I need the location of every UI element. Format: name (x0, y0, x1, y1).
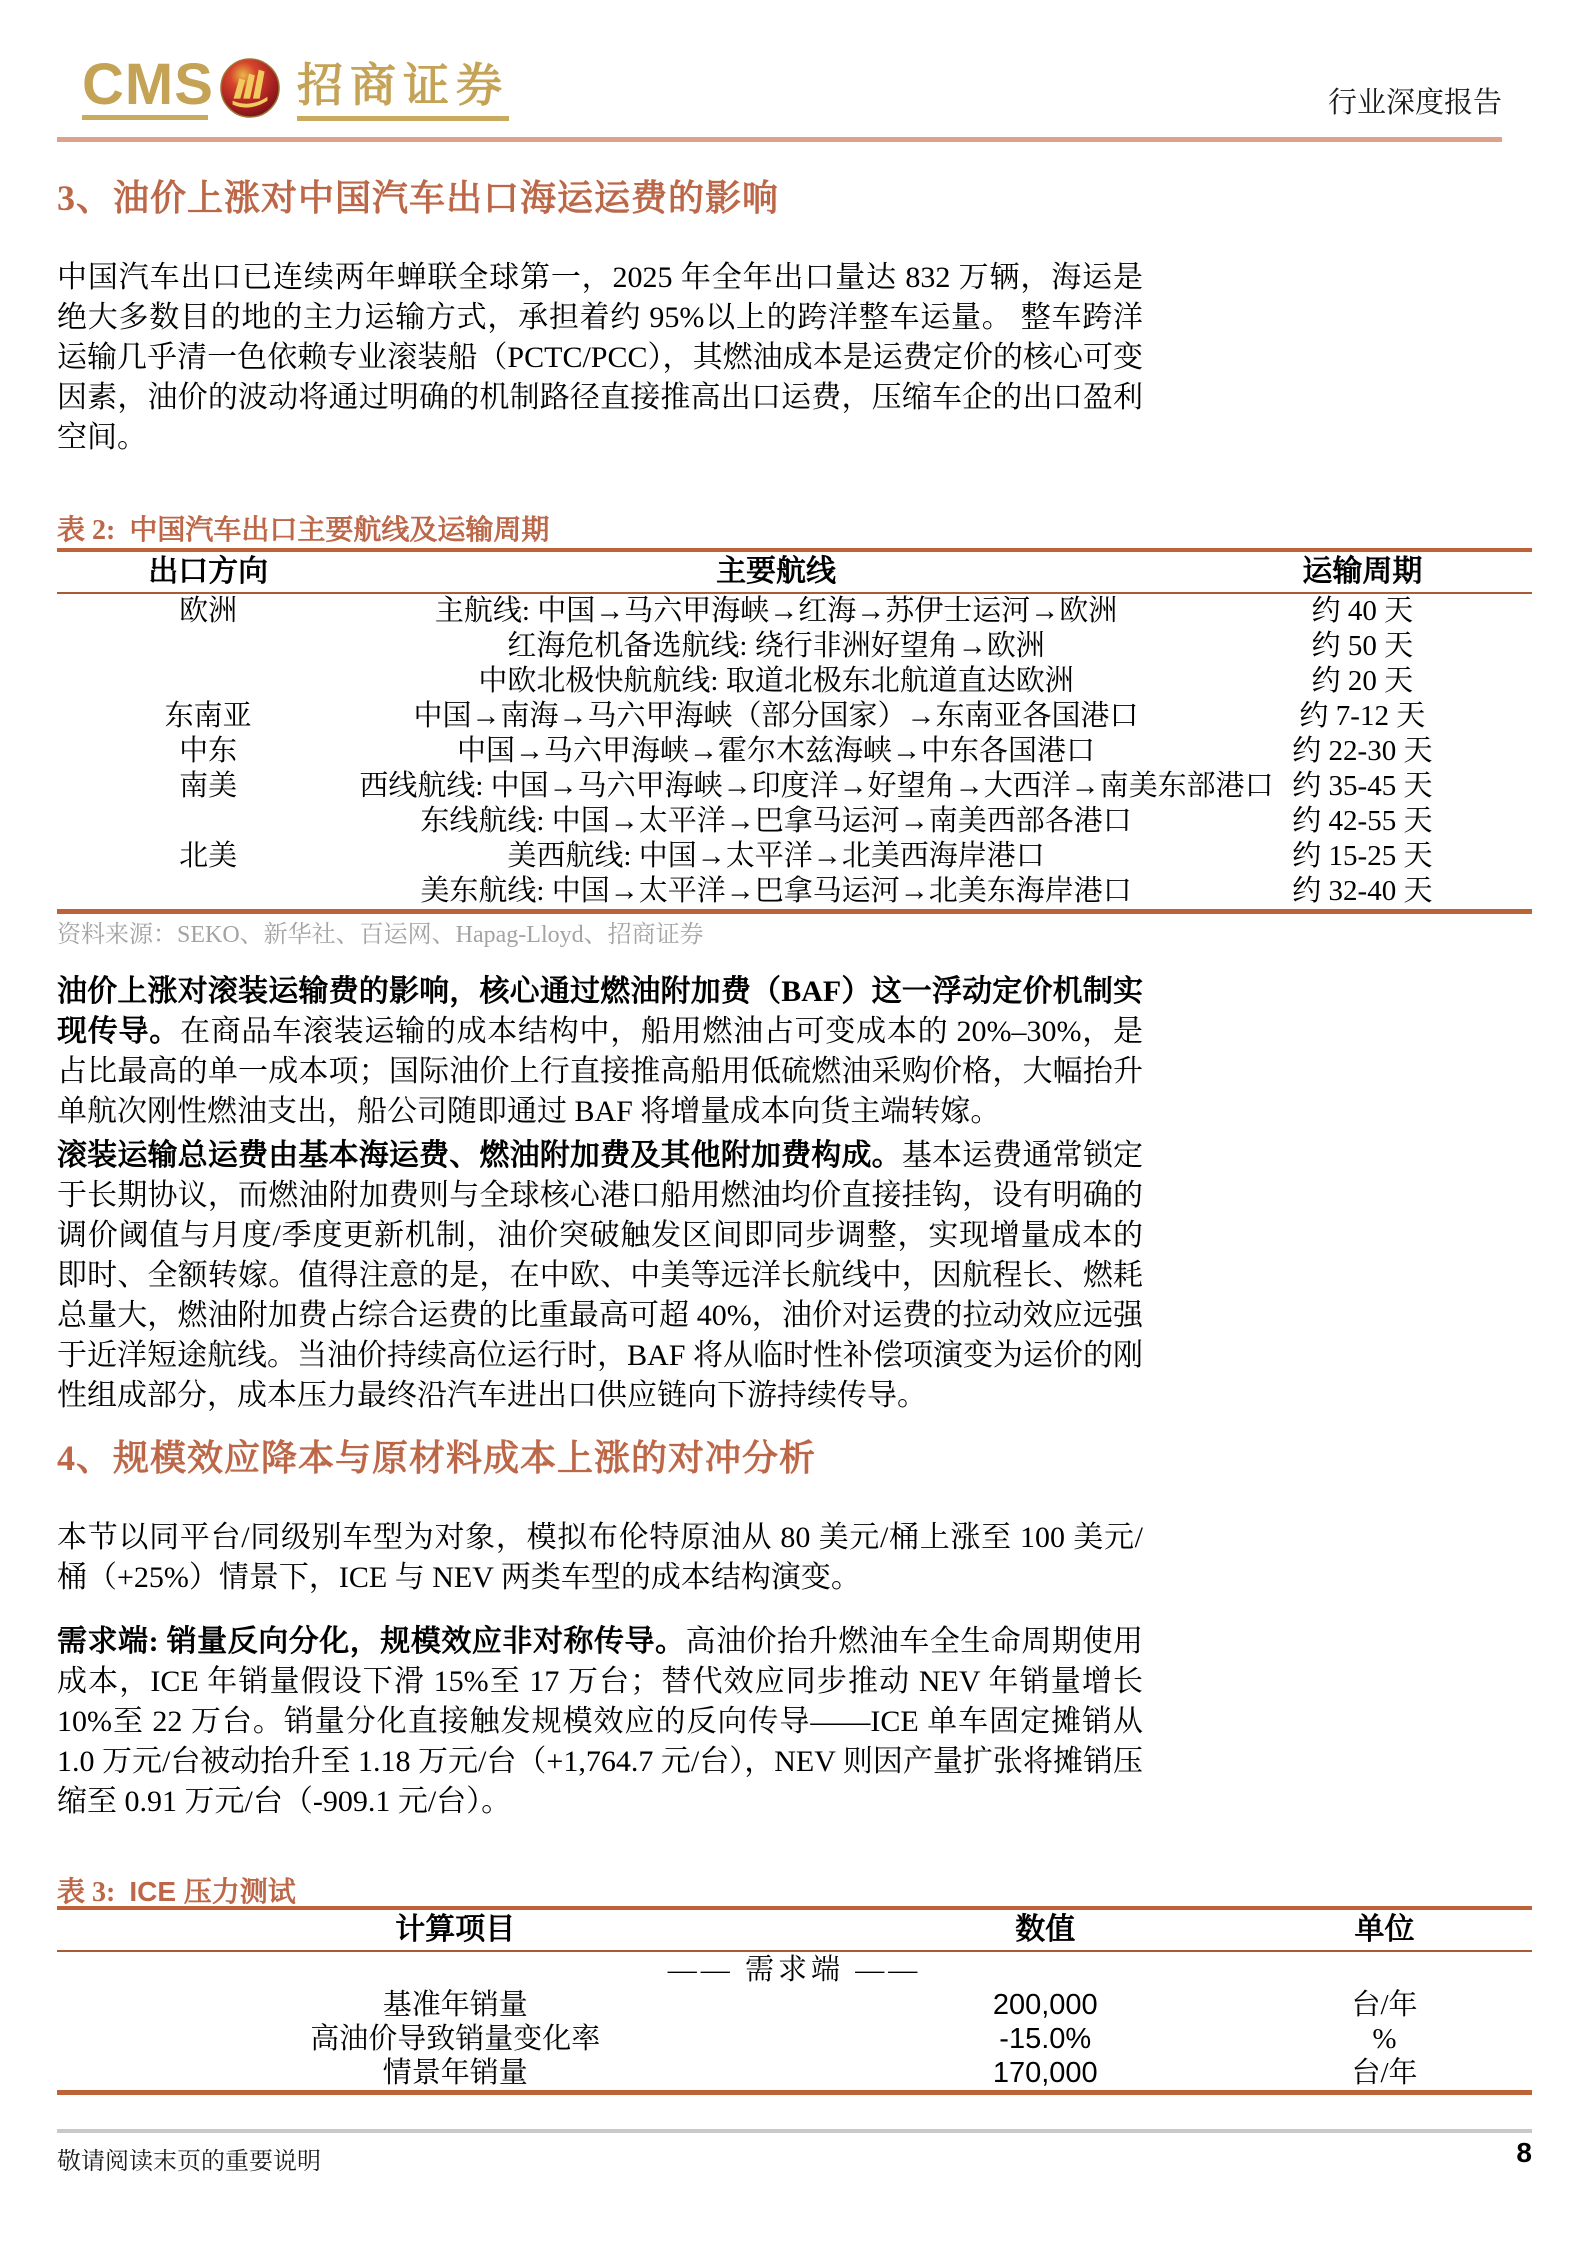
column-header: 运输周期 (1193, 552, 1532, 592)
section-4-heading: 4、规模效应降本与原材料成本上涨的对冲分析 (57, 1430, 1257, 1481)
table-2-caption-label: 表 2: (57, 515, 115, 546)
paragraph-lead: 需求端: 销量反向分化，规模效应非对称传导。 (57, 1625, 686, 1658)
period-cell: 约 35-45 天 (1193, 769, 1532, 804)
cms-logo-icon (219, 57, 281, 119)
section-3-paragraph-2: 油价上涨对滚装运输费的影响，核心通过燃油附加费（BAF）这一浮动定价机制实现传导… (57, 972, 1143, 1132)
direction-cell (57, 629, 359, 664)
table-row: 欧洲 主航线: 中国→马六甲海峡→红海→苏伊士运河→欧洲 约 40 天 (57, 594, 1532, 629)
table-row: 红海危机备选航线: 绕行非洲好望角→欧洲 约 50 天 (57, 629, 1532, 664)
section-3-heading: 3、油价上涨对中国汽车出口海运运费的影响 (57, 170, 1257, 221)
route-cell: 美西航线: 中国→太平洋→北美西海岸港口 (359, 839, 1192, 874)
paragraph-body: 基本运费通常锁定于长期协议，而燃油附加费则与全球核心港口船用燃油均价直接挂钩，设… (57, 1139, 1143, 1412)
table-3-caption-label: 表 3: (57, 1877, 115, 1908)
column-header: 数值 (854, 1910, 1238, 1950)
header-rule (57, 137, 1502, 142)
brand-cn-name: 招商证券 (297, 60, 509, 112)
item-cell: 基准年销量 (57, 1988, 854, 2022)
value-cell: 170,000 (854, 2056, 1238, 2090)
direction-cell (57, 804, 359, 839)
period-cell: 约 22-30 天 (1193, 734, 1532, 769)
footer-rule (57, 2129, 1532, 2133)
table-row: 东线航线: 中国→太平洋→巴拿马运河→南美西部各港口 约 42-55 天 (57, 804, 1532, 839)
column-header: 主要航线 (359, 552, 1192, 592)
direction-cell: 南美 (57, 769, 359, 804)
item-cell: 高油价导致销量变化率 (57, 2022, 854, 2056)
period-cell: 约 40 天 (1193, 594, 1532, 629)
table-3-caption-text: ICE 压力测试 (129, 1876, 295, 1907)
cms-wordmark: CMS (82, 56, 214, 114)
item-cell: 情景年销量 (57, 2056, 854, 2090)
cms-underline (82, 115, 208, 120)
report-page: CMS 招商证券 行业深度报告 3、油价上涨对中国汽车出口海运运费的影响 中国汽… (0, 0, 1588, 2245)
route-cell: 东线航线: 中国→太平洋→巴拿马运河→南美西部各港口 (359, 804, 1192, 839)
table-3: 计算项目 数值 单位 —— 需求端 —— 基准年销量 200,000 台/年 高… (57, 1906, 1532, 2095)
table-row: 中东 中国→马六甲海峡→霍尔木兹海峡→中东各国港口 约 22-30 天 (57, 734, 1532, 769)
table-row: 美东航线: 中国→太平洋→巴拿马运河→北美东海岸港口 约 32-40 天 (57, 874, 1532, 909)
period-cell: 约 32-40 天 (1193, 874, 1532, 909)
route-cell: 中国→南海→马六甲海峡（部分国家）→东南亚各国港口 (359, 699, 1192, 734)
table-2-header-row: 出口方向 主要航线 运输周期 (57, 552, 1532, 594)
route-cell: 红海危机备选航线: 绕行非洲好望角→欧洲 (359, 629, 1192, 664)
page-number: 8 (1480, 2137, 1532, 2169)
unit-cell: 台/年 (1237, 1988, 1532, 2022)
column-header: 出口方向 (57, 552, 359, 592)
table-2-caption-text: 中国汽车出口主要航线及运输周期 (129, 515, 549, 546)
section-4-paragraph-1: 本节以同平台/同级别车型为对象，模拟布伦特原油从 80 美元/桶上涨至 100 … (57, 1518, 1143, 1598)
table-2-caption: 表 2:中国汽车出口主要航线及运输周期 (57, 508, 549, 548)
footer-note: 敬请阅读末页的重要说明 (57, 2141, 321, 2176)
paragraph-body: 在商品车滚装运输的成本结构中，船用燃油占可变成本的 20%–30%，是占比最高的… (57, 1015, 1143, 1128)
table-2-source: 资料来源：SEKO、新华社、百运网、Hapag-Lloyd、招商证券 (57, 914, 704, 949)
route-cell: 主航线: 中国→马六甲海峡→红海→苏伊士运河→欧洲 (359, 594, 1192, 629)
paragraph-lead: 滚装运输总运费由基本海运费、燃油附加费及其他附加费构成。 (57, 1139, 902, 1172)
route-cell: 中欧北极快航航线: 取道北极东北航道直达欧洲 (359, 664, 1192, 699)
column-header: 单位 (1237, 1910, 1532, 1950)
unit-cell: % (1237, 2022, 1532, 2056)
direction-cell: 北美 (57, 839, 359, 874)
value-cell: 200,000 (854, 1988, 1238, 2022)
direction-cell (57, 664, 359, 699)
direction-cell: 欧洲 (57, 594, 359, 629)
brand-cn-underline (297, 116, 509, 121)
table-2: 出口方向 主要航线 运输周期 欧洲 主航线: 中国→马六甲海峡→红海→苏伊士运河… (57, 548, 1532, 914)
section-3-paragraph-3: 滚装运输总运费由基本海运费、燃油附加费及其他附加费构成。基本运费通常锁定于长期协… (57, 1136, 1143, 1416)
table-row: 基准年销量 200,000 台/年 (57, 1988, 1532, 2022)
table-3-section-row: —— 需求端 —— (57, 1952, 1532, 1988)
report-type-label: 行业深度报告 (1328, 86, 1502, 120)
unit-cell: 台/年 (1237, 2056, 1532, 2090)
period-cell: 约 15-25 天 (1193, 839, 1532, 874)
route-cell: 西线航线: 中国→马六甲海峡→印度洋→好望角→大西洋→南美东部港口 (359, 769, 1192, 804)
period-cell: 约 50 天 (1193, 629, 1532, 664)
table-row: 中欧北极快航航线: 取道北极东北航道直达欧洲 约 20 天 (57, 664, 1532, 699)
table-row: 南美 西线航线: 中国→马六甲海峡→印度洋→好望角→大西洋→南美东部港口 约 3… (57, 769, 1532, 804)
section-4-paragraph-2: 需求端: 销量反向分化，规模效应非对称传导。高油价抬升燃油车全生命周期使用成本，… (57, 1622, 1143, 1822)
direction-cell (57, 874, 359, 909)
column-header: 计算项目 (57, 1910, 854, 1950)
period-cell: 约 7-12 天 (1193, 699, 1532, 734)
direction-cell: 东南亚 (57, 699, 359, 734)
route-cell: 美东航线: 中国→太平洋→巴拿马运河→北美东海岸港口 (359, 874, 1192, 909)
route-cell: 中国→马六甲海峡→霍尔木兹海峡→中东各国港口 (359, 734, 1192, 769)
table-row: 高油价导致销量变化率 -15.0% % (57, 2022, 1532, 2056)
table-row: 情景年销量 170,000 台/年 (57, 2056, 1532, 2090)
section-3-paragraph-1: 中国汽车出口已连续两年蝉联全球第一，2025 年全年出口量达 832 万辆，海运… (57, 258, 1143, 458)
table-row: 东南亚 中国→南海→马六甲海峡（部分国家）→东南亚各国港口 约 7-12 天 (57, 699, 1532, 734)
period-cell: 约 20 天 (1193, 664, 1532, 699)
table-row: 北美 美西航线: 中国→太平洋→北美西海岸港口 约 15-25 天 (57, 839, 1532, 874)
table-3-caption: 表 3:ICE 压力测试 (57, 1870, 296, 1910)
table-3-header-row: 计算项目 数值 单位 (57, 1910, 1532, 1952)
value-cell: -15.0% (854, 2022, 1238, 2056)
period-cell: 约 42-55 天 (1193, 804, 1532, 839)
direction-cell: 中东 (57, 734, 359, 769)
